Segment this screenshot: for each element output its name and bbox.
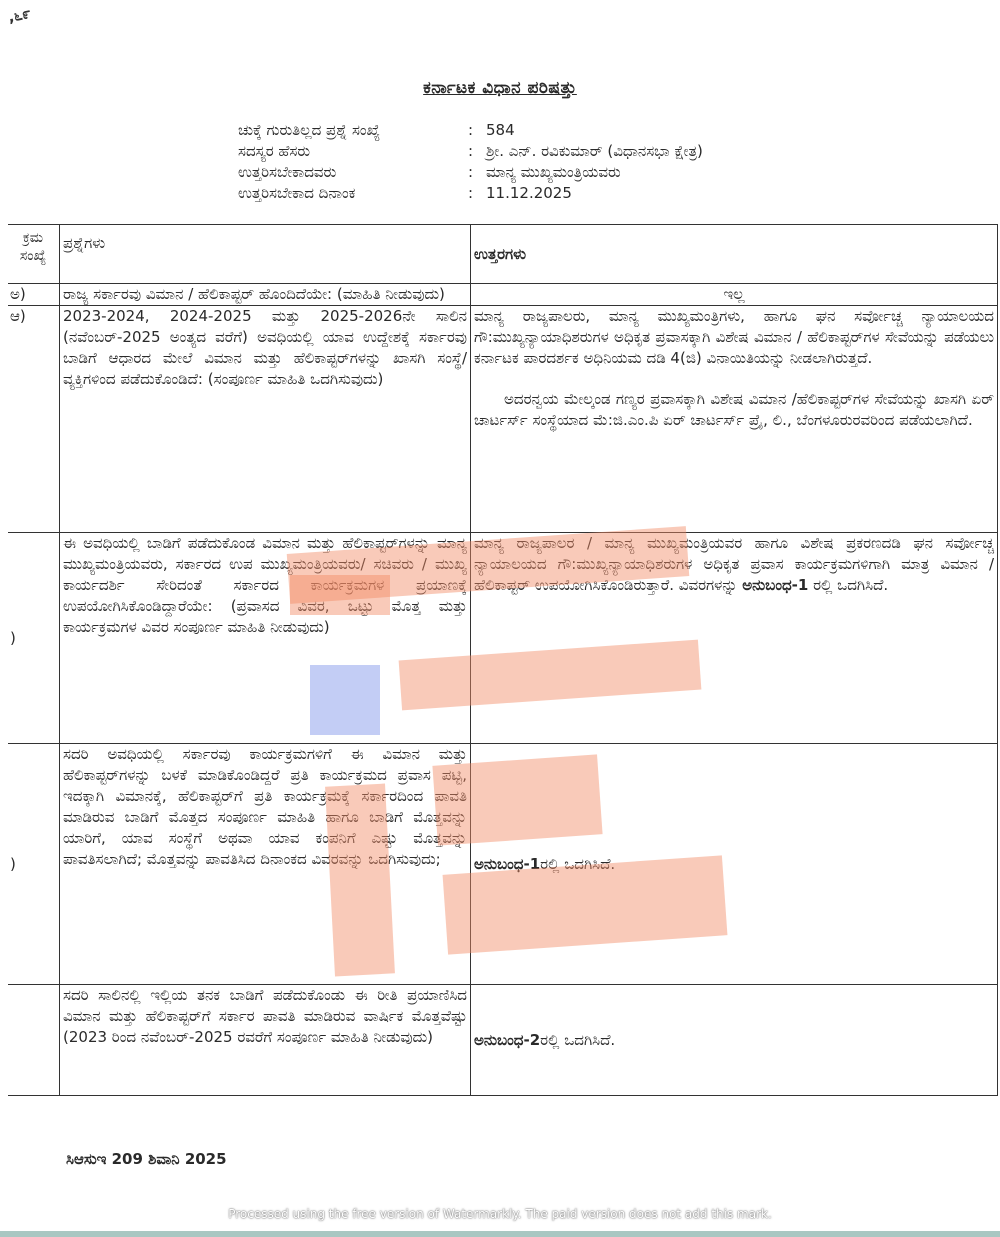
question-metadata: ಚುಕ್ಕೆ ಗುರುತಿಲ್ಲದ ಪ್ರಶ್ನೆ ಸಂಖ್ಯೆ : 584 ಸ… xyxy=(238,120,703,204)
meta-label: ಚುಕ್ಕೆ ಗುರುತಿಲ್ಲದ ಪ್ರಶ್ನೆ ಸಂಖ್ಯೆ xyxy=(238,120,468,141)
row-question: ಸದರಿ ಅವಧಿಯಲ್ಲಿ ಸರ್ಕಾರವು ಕಾರ್ಯಕ್ರಮಗಳಿಗೆ ಈ… xyxy=(60,744,471,985)
meta-value: ಮಾನ್ಯ ಮುಖ್ಯಮಂತ್ರಿಯವರು xyxy=(486,162,621,183)
row-serial: ) xyxy=(8,744,60,985)
row-serial: ಆ) xyxy=(8,306,60,533)
answer-tail: ರಲ್ಲಿ ಒದಗಿಸಿದೆ. xyxy=(808,576,888,594)
row-question: ರಾಜ್ಯ ಸರ್ಕಾರವು ವಿಮಾನ / ಹೆಲಿಕಾಪ್ಟರ್ ಹೊಂದಿ… xyxy=(60,284,471,306)
meta-answer-date: ಉತ್ತರಿಸಬೇಕಾದ ದಿನಾಂಕ : 11.12.2025 xyxy=(238,183,703,204)
table-row: ) ಈ ಅವಧಿಯಲ್ಲಿ ಬಾಡಿಗೆ ಪಡೆದುಕೊಂಡ ವಿಮಾನ ಮತ್… xyxy=(8,533,998,744)
meta-value: 584 xyxy=(486,120,515,141)
answer-paragraph-2: ಅದರನ್ವಯ ಮೇಲ್ಕಂಡ ಗಣ್ಯರ ಪ್ರವಾಸಕ್ಕಾಗಿ ವಿಶೇಷ… xyxy=(474,389,994,431)
answer-tail: ರಲ್ಲಿ ಒದಗಿಸಿದೆ. xyxy=(540,1031,615,1049)
meta-value: 11.12.2025 xyxy=(486,183,572,204)
meta-colon: : xyxy=(468,183,486,204)
row-serial xyxy=(8,985,60,1096)
meta-colon: : xyxy=(468,162,486,183)
table-row: ) ಸದರಿ ಅವಧಿಯಲ್ಲಿ ಸರ್ಕಾರವು ಕಾರ್ಯಕ್ರಮಗಳಿಗೆ… xyxy=(8,744,998,985)
header-serial: ಕ್ರಮ ಸಂಖ್ಯೆ xyxy=(8,225,60,284)
meta-label: ಉತ್ತರಿಸಬೇಕಾದವರು xyxy=(238,162,468,183)
header-answers: ಉತ್ತರಗಳು xyxy=(471,225,998,284)
row-answer: ಮಾನ್ಯ ರಾಜ್ಯಪಾಲರು, ಮಾನ್ಯ ಮುಖ್ಯಮಂತ್ರಿಗಳು, … xyxy=(471,306,998,533)
row-question: 2023-2024, 2024-2025 ಮತ್ತು 2025-2026ನೇ ಸ… xyxy=(60,306,471,533)
meta-value: ಶ್ರೀ. ಎನ್. ರವಿಕುಮಾರ್ (ವಿಧಾನಸಭಾ ಕ್ಷೇತ್ರ) xyxy=(486,141,703,162)
row-answer: ಮಾನ್ಯ ರಾಜ್ಯಪಾಲರ / ಮಾನ್ಯ ಮುಖ್ಯಮಂತ್ರಿಯವರ ಹ… xyxy=(471,533,998,744)
meta-member-name: ಸದಸ್ಯರ ಹೆಸರು : ಶ್ರೀ. ಎನ್. ರವಿಕುಮಾರ್ (ವಿಧ… xyxy=(238,141,703,162)
watermark-notice: Processed using the free version of Wate… xyxy=(0,1207,1000,1221)
document-title: ಕರ್ನಾಟಕ ವಿಧಾನ ಪರಿಷತ್ತು xyxy=(0,78,1000,98)
annexure-reference: ಅನುಬಂಧ-1 xyxy=(742,576,808,594)
row-question: ಸದರಿ ಸಾಲಿನಲ್ಲಿ ಇಲ್ಲಿಯ ತನಕ ಬಾಡಿಗೆ ಪಡೆದುಕೊ… xyxy=(60,985,471,1096)
meta-colon: : xyxy=(468,141,486,162)
table-header-row: ಕ್ರಮ ಸಂಖ್ಯೆ ಪ್ರಶ್ನೆಗಳು ಉತ್ತರಗಳು xyxy=(8,225,998,284)
answer-tail: ರಲ್ಲಿ ಒದಗಿಸಿದೆ. xyxy=(540,855,615,873)
meta-answering-authority: ಉತ್ತರಿಸಬೇಕಾದವರು : ಮಾನ್ಯ ಮುಖ್ಯಮಂತ್ರಿಯವರು xyxy=(238,162,703,183)
table-row: ಅ) ರಾಜ್ಯ ಸರ್ಕಾರವು ವಿಮಾನ / ಹೆಲಿಕಾಪ್ಟರ್ ಹೊ… xyxy=(8,284,998,306)
answer-paragraph-1: ಮಾನ್ಯ ರಾಜ್ಯಪಾಲರು, ಮಾನ್ಯ ಮುಖ್ಯಮಂತ್ರಿಗಳು, … xyxy=(474,306,994,369)
table-row: ಆ) 2023-2024, 2024-2025 ಮತ್ತು 2025-2026ನ… xyxy=(8,306,998,533)
footer-reference-code: ಸಿಆಸುಇ 209 ಶಿವಾನಿ 2025 xyxy=(66,1150,227,1168)
row-answer: ಅನುಬಂಧ-1ರಲ್ಲಿ ಒದಗಿಸಿದೆ. xyxy=(471,744,998,985)
annexure-reference: ಅನುಬಂಧ-1 xyxy=(474,855,540,873)
bottom-edge-bar xyxy=(0,1231,1000,1237)
questions-answers-table: ಕ್ರಮ ಸಂಖ್ಯೆ ಪ್ರಶ್ನೆಗಳು ಉತ್ತರಗಳು ಅ) ರಾಜ್ಯ… xyxy=(8,224,998,1096)
page-corner-mark: ,೬೯ xyxy=(6,4,32,26)
meta-label: ಸದಸ್ಯರ ಹೆಸರು xyxy=(238,141,468,162)
row-answer: ಇಲ್ಲ xyxy=(471,284,998,306)
annexure-reference: ಅನುಬಂಧ-2 xyxy=(474,1031,540,1049)
row-answer: ಅನುಬಂಧ-2ರಲ್ಲಿ ಒದಗಿಸಿದೆ. xyxy=(471,985,998,1096)
meta-colon: : xyxy=(468,120,486,141)
row-serial: ) xyxy=(8,533,60,744)
meta-label: ಉತ್ತರಿಸಬೇಕಾದ ದಿನಾಂಕ xyxy=(238,183,468,204)
table-row: ಸದರಿ ಸಾಲಿನಲ್ಲಿ ಇಲ್ಲಿಯ ತನಕ ಬಾಡಿಗೆ ಪಡೆದುಕೊ… xyxy=(8,985,998,1096)
row-serial: ಅ) xyxy=(8,284,60,306)
answer-text: ಮಾನ್ಯ ರಾಜ್ಯಪಾಲರ / ಮಾನ್ಯ ಮುಖ್ಯಮಂತ್ರಿಯವರ ಹ… xyxy=(474,534,994,594)
meta-question-number: ಚುಕ್ಕೆ ಗುರುತಿಲ್ಲದ ಪ್ರಶ್ನೆ ಸಂಖ್ಯೆ : 584 xyxy=(238,120,703,141)
row-question: ಈ ಅವಧಿಯಲ್ಲಿ ಬಾಡಿಗೆ ಪಡೆದುಕೊಂಡ ವಿಮಾನ ಮತ್ತು… xyxy=(60,533,471,744)
header-questions: ಪ್ರಶ್ನೆಗಳು xyxy=(60,225,471,284)
